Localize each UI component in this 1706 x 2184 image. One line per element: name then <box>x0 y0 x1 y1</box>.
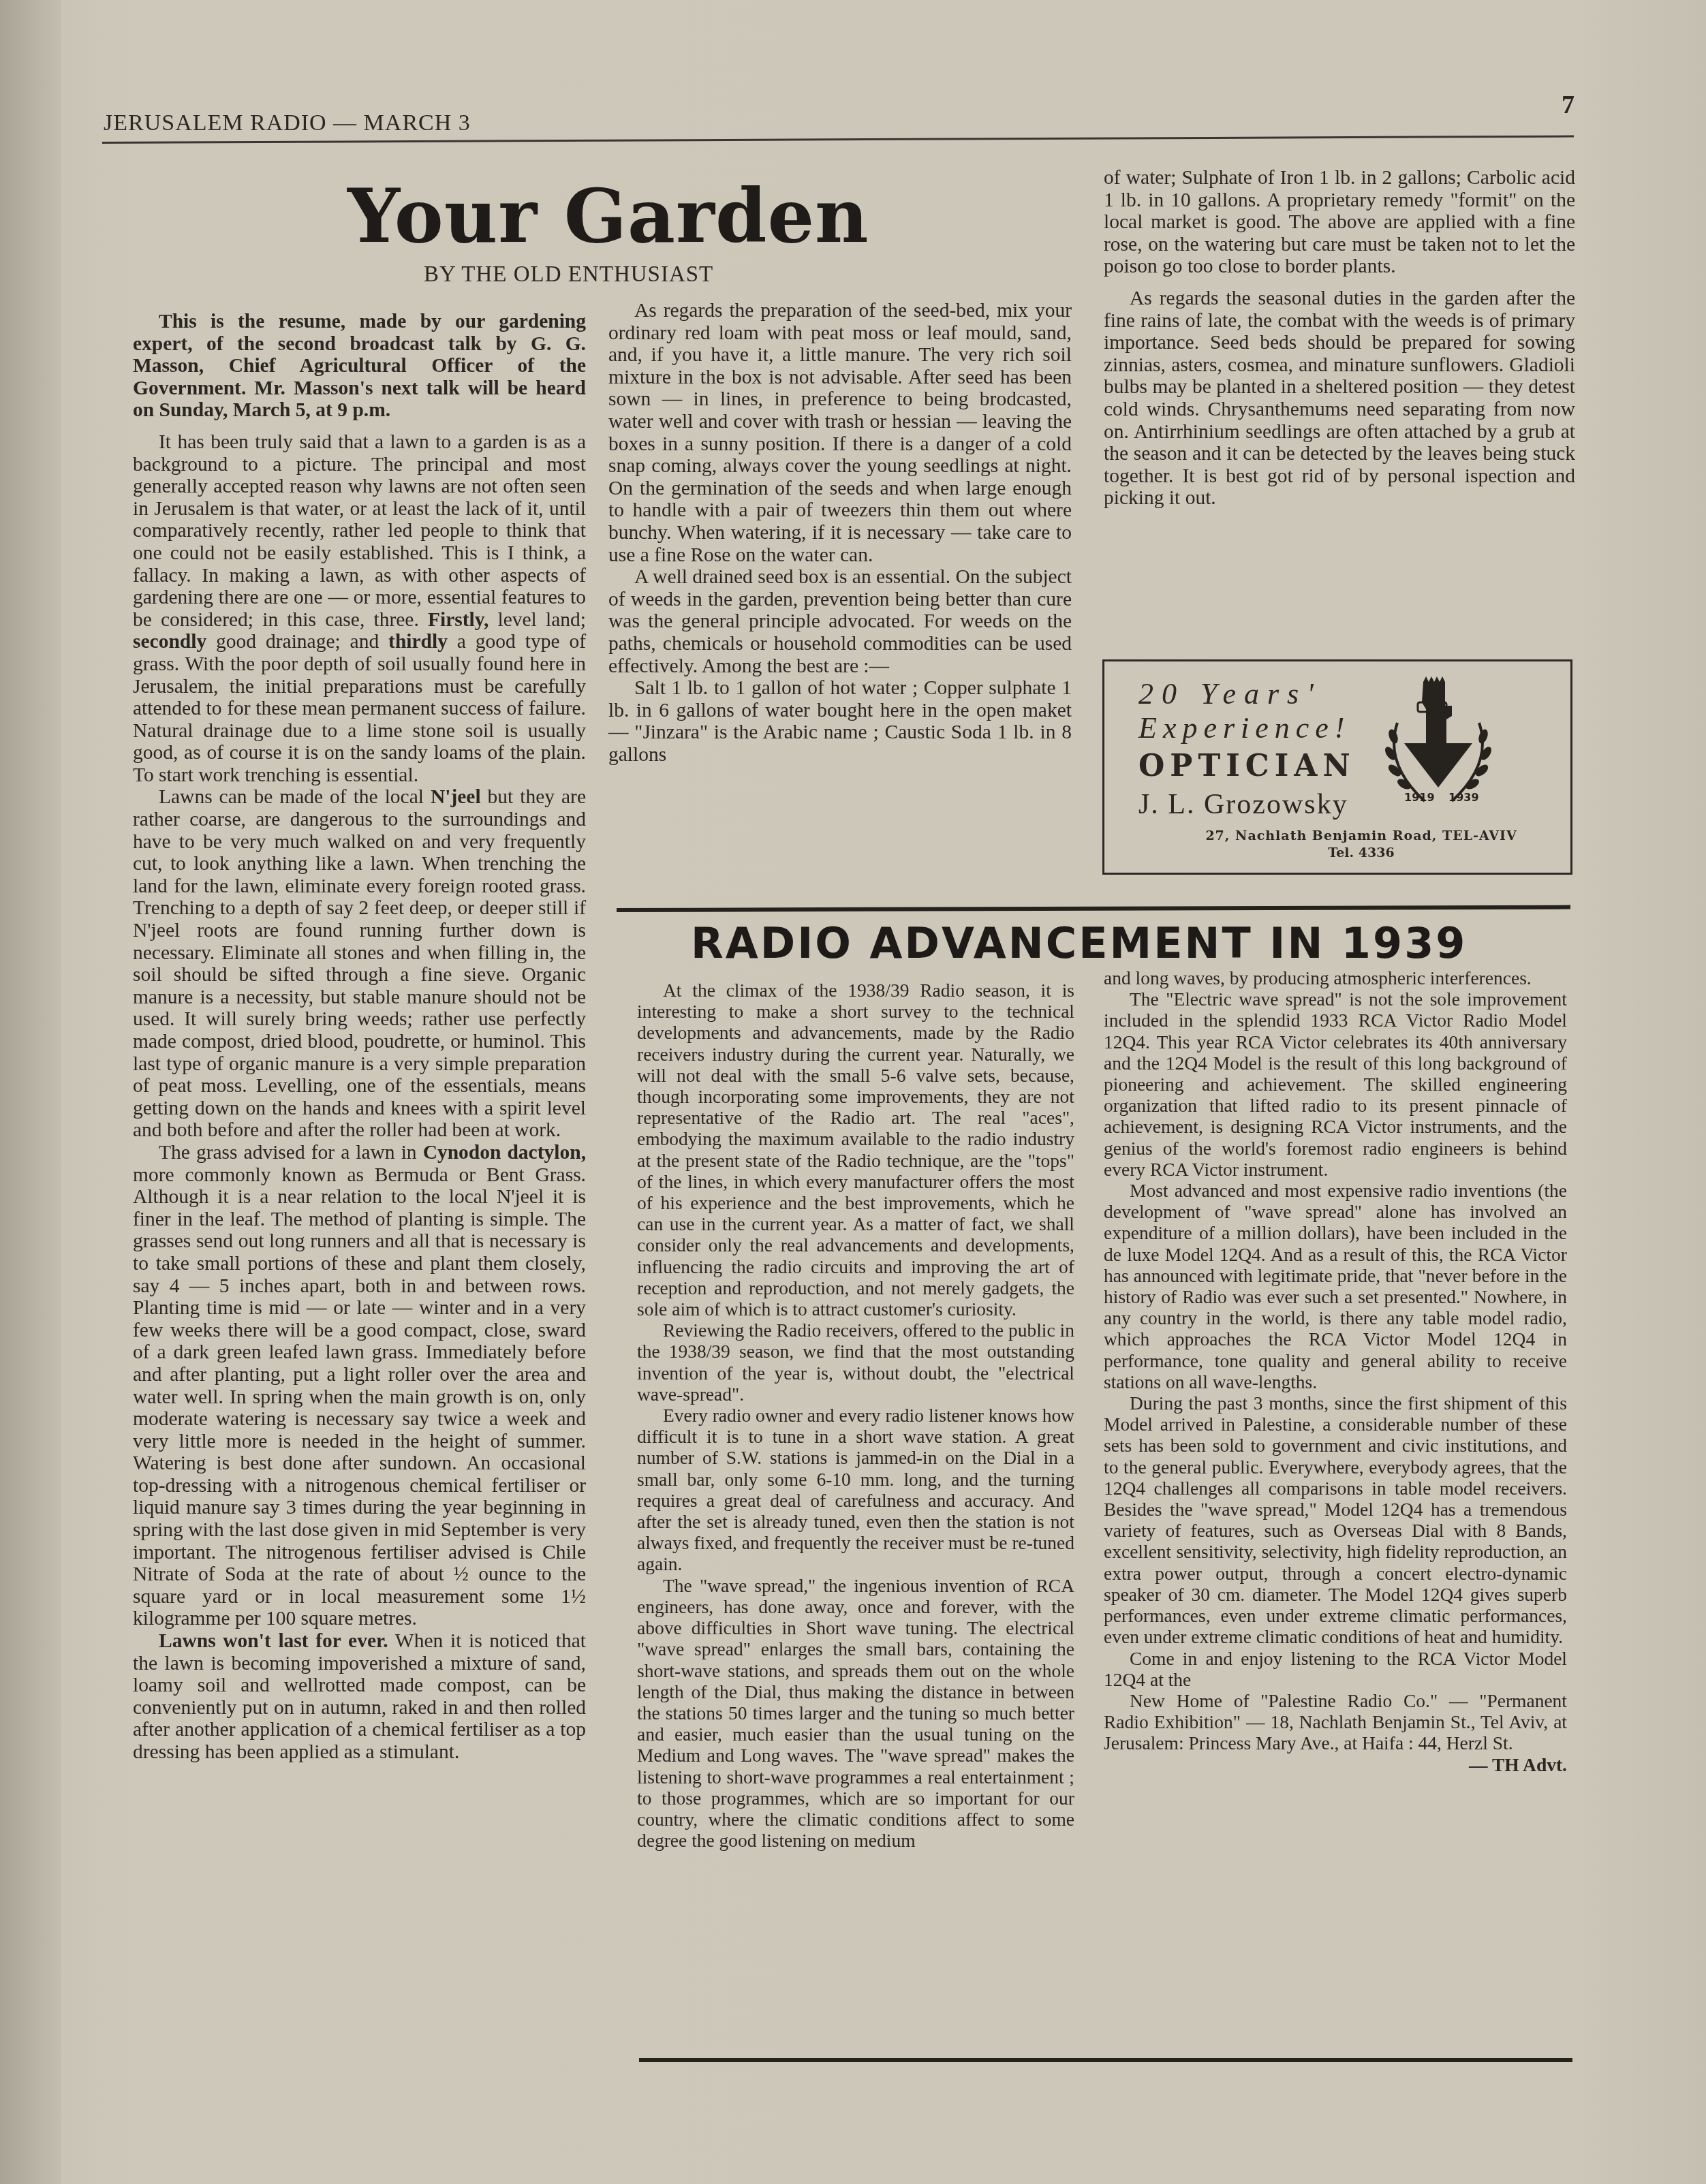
radio-paragraph: Most advanced and most expensive radio i… <box>1104 1180 1567 1392</box>
radio-paragraph: At the climax of the 1938/39 Radio seaso… <box>637 980 1074 1320</box>
radio-paragraph: Come in and enjoy listening to the RCA V… <box>1104 1648 1567 1690</box>
radio-paragraph: Reviewing the Radio receivers, offered t… <box>637 1320 1074 1405</box>
garden-paragraph: A well drained seed box is an essential.… <box>608 566 1072 677</box>
radio-paragraph: and long waves, by producing atmospheric… <box>1104 967 1567 988</box>
bottom-rule <box>639 2058 1572 2062</box>
garden-paragraph: of water; Sulphate of Iron 1 lb. in 2 ga… <box>1104 167 1575 278</box>
svg-text:1939: 1939 <box>1448 791 1479 804</box>
garden-paragraph: As regards the seasonal duties in the ga… <box>1104 287 1575 510</box>
radio-paragraph: Every radio owner and every radio listen… <box>637 1405 1074 1575</box>
garden-column-3: of water; Sulphate of Iron 1 lb. in 2 ga… <box>1104 167 1575 510</box>
garden-paragraph: As regards the preparation of the seed-b… <box>608 300 1072 566</box>
radio-paragraph: New Home of "Palestine Radio Co." — "Per… <box>1104 1690 1567 1754</box>
garden-paragraph: Lawns won't last for ever. When it is no… <box>133 1630 586 1764</box>
newspaper-page: JERUSALEM RADIO — MARCH 3 7 Your Garden … <box>0 0 1706 2184</box>
garden-column-2: As regards the preparation of the seed-b… <box>608 300 1072 766</box>
garden-article-title: Your Garden <box>347 174 869 260</box>
page-number: 7 <box>1562 90 1575 120</box>
ad-business-name: J. L. Grozowsky <box>1138 788 1348 821</box>
garden-paragraph: Salt 1 lb. to 1 gallon of hot water ; Co… <box>608 677 1072 766</box>
radio-paragraph: The "wave spread," the ingenious inventi… <box>637 1575 1074 1852</box>
svg-text:1919: 1919 <box>1404 791 1435 804</box>
optician-advertisement: 20 Years' Experience! OPTICIAN J. L. Gro… <box>1102 659 1572 875</box>
garden-column-1: This is the resume, made by our gardenin… <box>133 311 586 1764</box>
page-spine-shadow <box>0 0 61 2184</box>
radio-column-1: At the climax of the 1938/39 Radio seaso… <box>637 980 1074 1851</box>
section-divider-rule <box>617 905 1570 912</box>
header-rule <box>102 136 1574 144</box>
optician-laurel-logo-icon: 1919 1939 <box>1384 675 1493 828</box>
garden-paragraph: Lawns can be made of the local N'jeel bu… <box>133 786 586 1142</box>
radio-paragraph: The "Electric wave spread" is not the so… <box>1104 988 1567 1180</box>
radio-column-2: and long waves, by producing atmospheric… <box>1104 967 1567 1775</box>
radio-article-title: RADIO ADVANCEMENT IN 1939 <box>691 918 1467 968</box>
ad-telephone: Tel. 4336 <box>1104 845 1570 860</box>
running-head: JERUSALEM RADIO — MARCH 3 <box>104 110 471 136</box>
ad-optician-label: OPTICIAN <box>1138 749 1356 783</box>
ad-headline-experience: Experience! <box>1138 711 1351 745</box>
garden-byline: BY THE OLD ENTHUSIAST <box>424 262 713 287</box>
garden-paragraph: It has been truly said that a lawn to a … <box>133 431 586 787</box>
ad-address: 27, Nachlath Benjamin Road, TEL-AVIV <box>1104 828 1570 843</box>
ad-headline-years: 20 Years' <box>1138 676 1322 711</box>
garden-intro: This is the resume, made by our gardenin… <box>133 311 586 422</box>
garden-paragraph: The grass advised for a lawn in Cynodon … <box>133 1142 586 1630</box>
radio-paragraph: During the past 3 months, since the firs… <box>1104 1392 1567 1647</box>
radio-ad-signature: — TH Advt. <box>1104 1754 1567 1775</box>
